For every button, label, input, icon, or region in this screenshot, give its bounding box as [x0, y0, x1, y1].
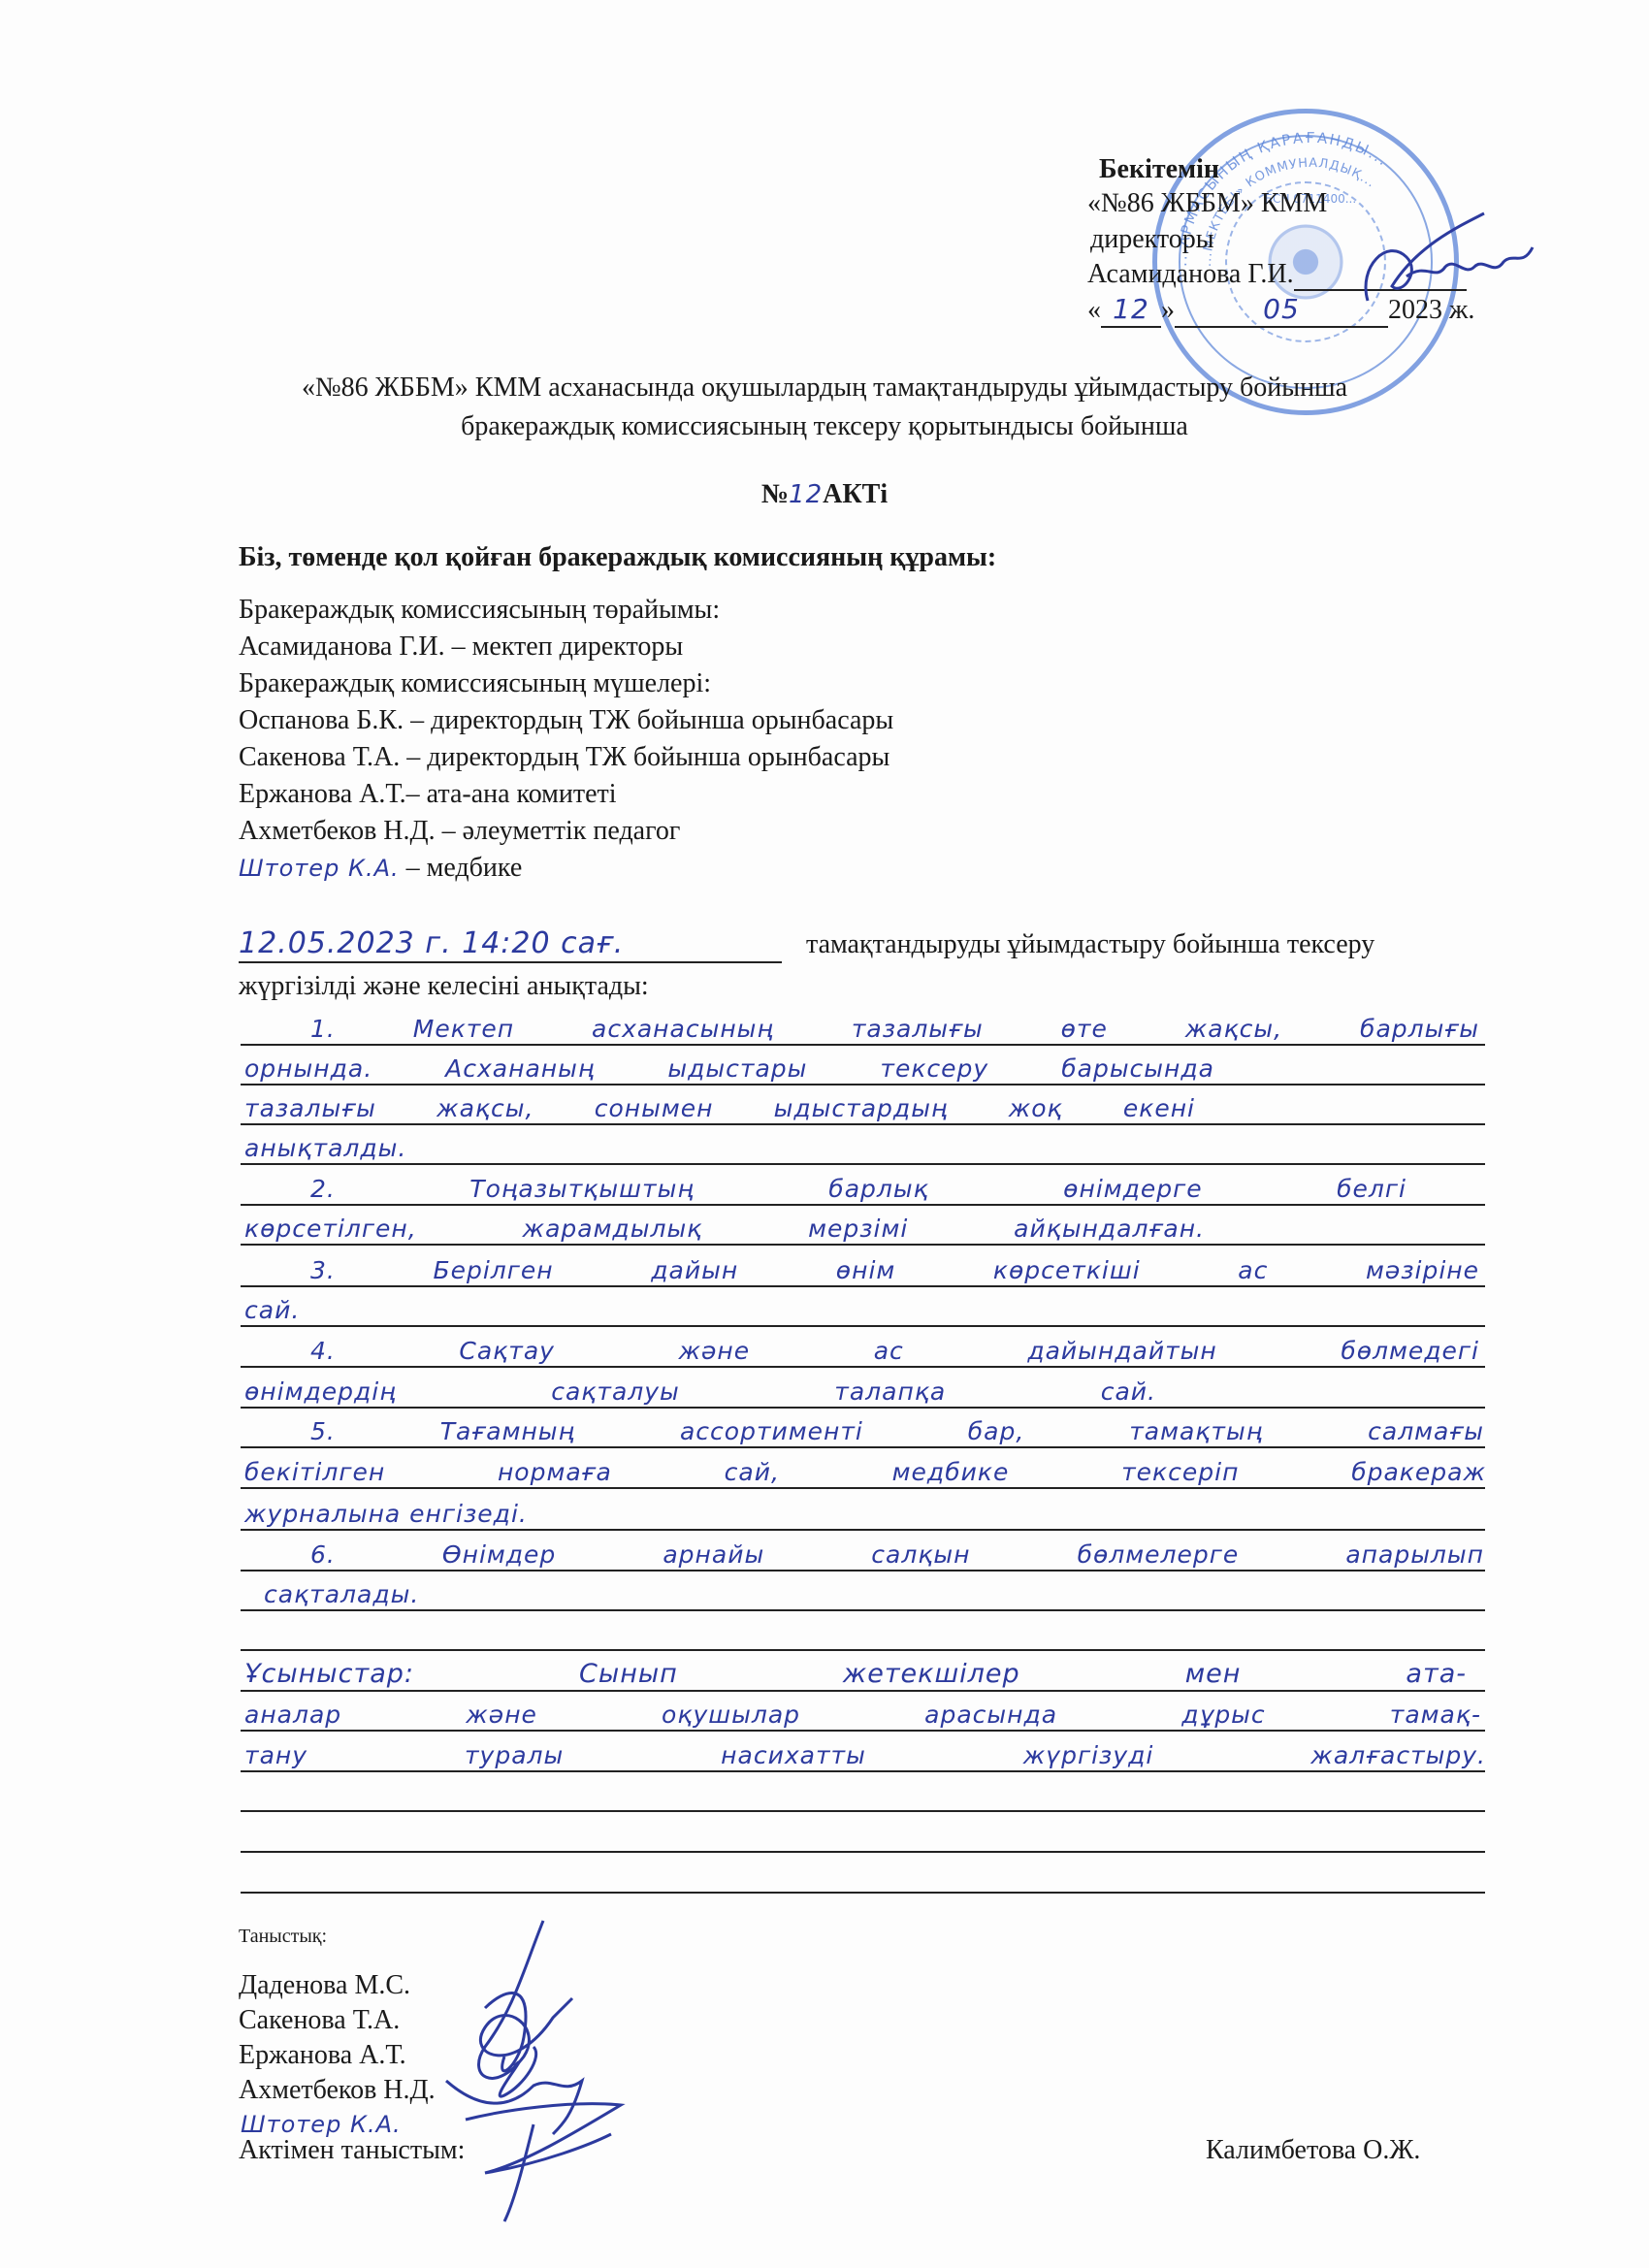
approval-position: директоры	[1090, 223, 1214, 256]
ruled-line	[241, 1123, 1485, 1125]
document-title-line1: «№86 ЖББМ» КММ асханасында оқушылардың т…	[0, 372, 1649, 405]
nurse-role: – медбике	[406, 853, 523, 883]
ruled-line	[241, 1690, 1485, 1692]
ruled-line	[241, 1810, 1485, 1812]
approval-date-month: 05	[1175, 293, 1388, 328]
ruled-line	[241, 1204, 1485, 1206]
act-number-handwritten: 12	[789, 480, 823, 509]
ruled-line	[241, 1446, 1485, 1448]
finding-line: бекітілген нормаға сай, медбике тексеріп…	[244, 1458, 1486, 1486]
ruled-line	[241, 1770, 1485, 1772]
finding-line: орнында. Асхананың ыдыстары тексеру бары…	[244, 1054, 1214, 1083]
recommendation-line: тану туралы насихатты жүргізуді жалғасты…	[244, 1741, 1486, 1769]
approval-org: «№86 ЖББМ» КММ	[1087, 187, 1327, 220]
acknowledged-name: Калимбетова О.Ж.	[1206, 2134, 1420, 2167]
finding-line: 5. Тағамның ассортименті бар, тамақтың с…	[310, 1417, 1484, 1445]
composition-line: Бракераждық комиссиясының мүшелері:	[239, 667, 711, 700]
ruled-line	[241, 1570, 1485, 1571]
composition-heading: Біз, төменде қол қойған бракераждық коми…	[239, 541, 996, 574]
recommendation-line: Ұсыныстар: Сынып жетекшілер мен ата-	[244, 1659, 1467, 1689]
acquaintance-name: Ахметбеков Н.Д.	[239, 2074, 436, 2107]
ruled-line	[241, 1285, 1485, 1287]
ruled-line	[241, 1084, 1485, 1085]
finding-line: сақталады.	[264, 1580, 419, 1608]
approval-date-day: 12	[1101, 293, 1161, 328]
ruled-line	[241, 1163, 1485, 1165]
finding-line: көрсетілген, жарамдылық мерзімі айқындал…	[244, 1215, 1205, 1243]
ruled-line	[241, 1851, 1485, 1853]
acquaintance-name: Ержанова А.Т.	[239, 2039, 406, 2072]
approval-date-row: «12»052023 ж.	[1087, 293, 1474, 328]
approval-heading: Бекітемін	[1099, 153, 1219, 186]
inspection-text: тамақтандыруды ұйымдастыру бойынша тексе…	[806, 929, 1374, 959]
acquaintance-name: Даденова М.С.	[239, 1969, 410, 2002]
finding-line: өнімдердің сақталуы талапқа сай.	[244, 1377, 1156, 1406]
inspection-text-line2: жүргізілді және келесіні анықтады:	[239, 970, 649, 1003]
finding-line: 3. Берілген дайын өнім көрсеткіші ас мәз…	[310, 1256, 1479, 1284]
ruled-line	[241, 1487, 1485, 1489]
composition-nurse-line: Штотер К.А. – медбике	[239, 852, 522, 885]
ruled-line	[241, 1325, 1485, 1327]
finding-line: журналына енгізеді.	[244, 1500, 528, 1528]
act-number: №12АКТі	[0, 478, 1649, 511]
finding-line: 2. Тоңазытқыштың барлық өнімдерге белгі	[310, 1175, 1406, 1203]
ruled-line	[241, 1649, 1485, 1651]
composition-line: Ержанова А.Т.– ата-ана комитеті	[239, 778, 617, 811]
finding-line: 4. Сақтау және ас дайындайтын бөлмедегі	[310, 1337, 1479, 1365]
ruled-line	[241, 1244, 1485, 1246]
document-title-line2: бракераждық комиссиясының тексеру қорыты…	[0, 410, 1649, 443]
ruled-line	[241, 1529, 1485, 1531]
composition-line: Ахметбеков Н.Д. – әлеуметтік педагог	[239, 815, 680, 848]
composition-line: Бракераждық комиссиясының төрайымы:	[239, 594, 720, 627]
finding-line: анықталды.	[244, 1134, 406, 1162]
acquaintance-name: Сакенова Т.А.	[239, 2004, 400, 2037]
member-signatures-icon	[427, 1911, 679, 2231]
composition-line: Оспанова Б.К. – директордың ТЖ бойынша о…	[239, 704, 893, 737]
finding-line: 6. Өнімдер арнайы салқын бөлмелерге апар…	[310, 1540, 1484, 1569]
finding-line: сай.	[244, 1296, 300, 1324]
inspection-datetime-handwritten: 12.05.2023 г. 14:20 сағ.	[239, 926, 782, 963]
approval-date-year: 2023 ж.	[1388, 295, 1474, 325]
acquaintance-heading: Таныстық:	[239, 1925, 327, 1948]
ruled-line	[241, 1407, 1485, 1409]
nurse-name-handwritten: Штотер К.А.	[239, 855, 400, 882]
ruled-line	[241, 1730, 1485, 1732]
finding-line: тазалығы жақсы, сонымен ыдыстардың жоқ е…	[244, 1094, 1195, 1122]
finding-line: 1. Мектеп асханасының тазалығы өте жақсы…	[310, 1015, 1479, 1043]
ruled-line	[241, 1366, 1485, 1368]
recommendation-line: аналар және оқушылар арасында дұрыс тама…	[244, 1701, 1481, 1729]
ruled-line	[241, 1044, 1485, 1046]
ruled-line	[241, 1609, 1485, 1611]
approval-name: Асамиданова Г.И.	[1087, 259, 1294, 289]
composition-line: Сакенова Т.А. – директордың ТЖ бойынша о…	[239, 741, 889, 774]
ruled-line	[241, 1892, 1485, 1894]
inspection-date-row: 12.05.2023 г. 14:20 сағ. тамақтандыруды …	[239, 926, 1374, 963]
composition-line: Асамиданова Г.И. – мектеп директоры	[239, 631, 683, 664]
